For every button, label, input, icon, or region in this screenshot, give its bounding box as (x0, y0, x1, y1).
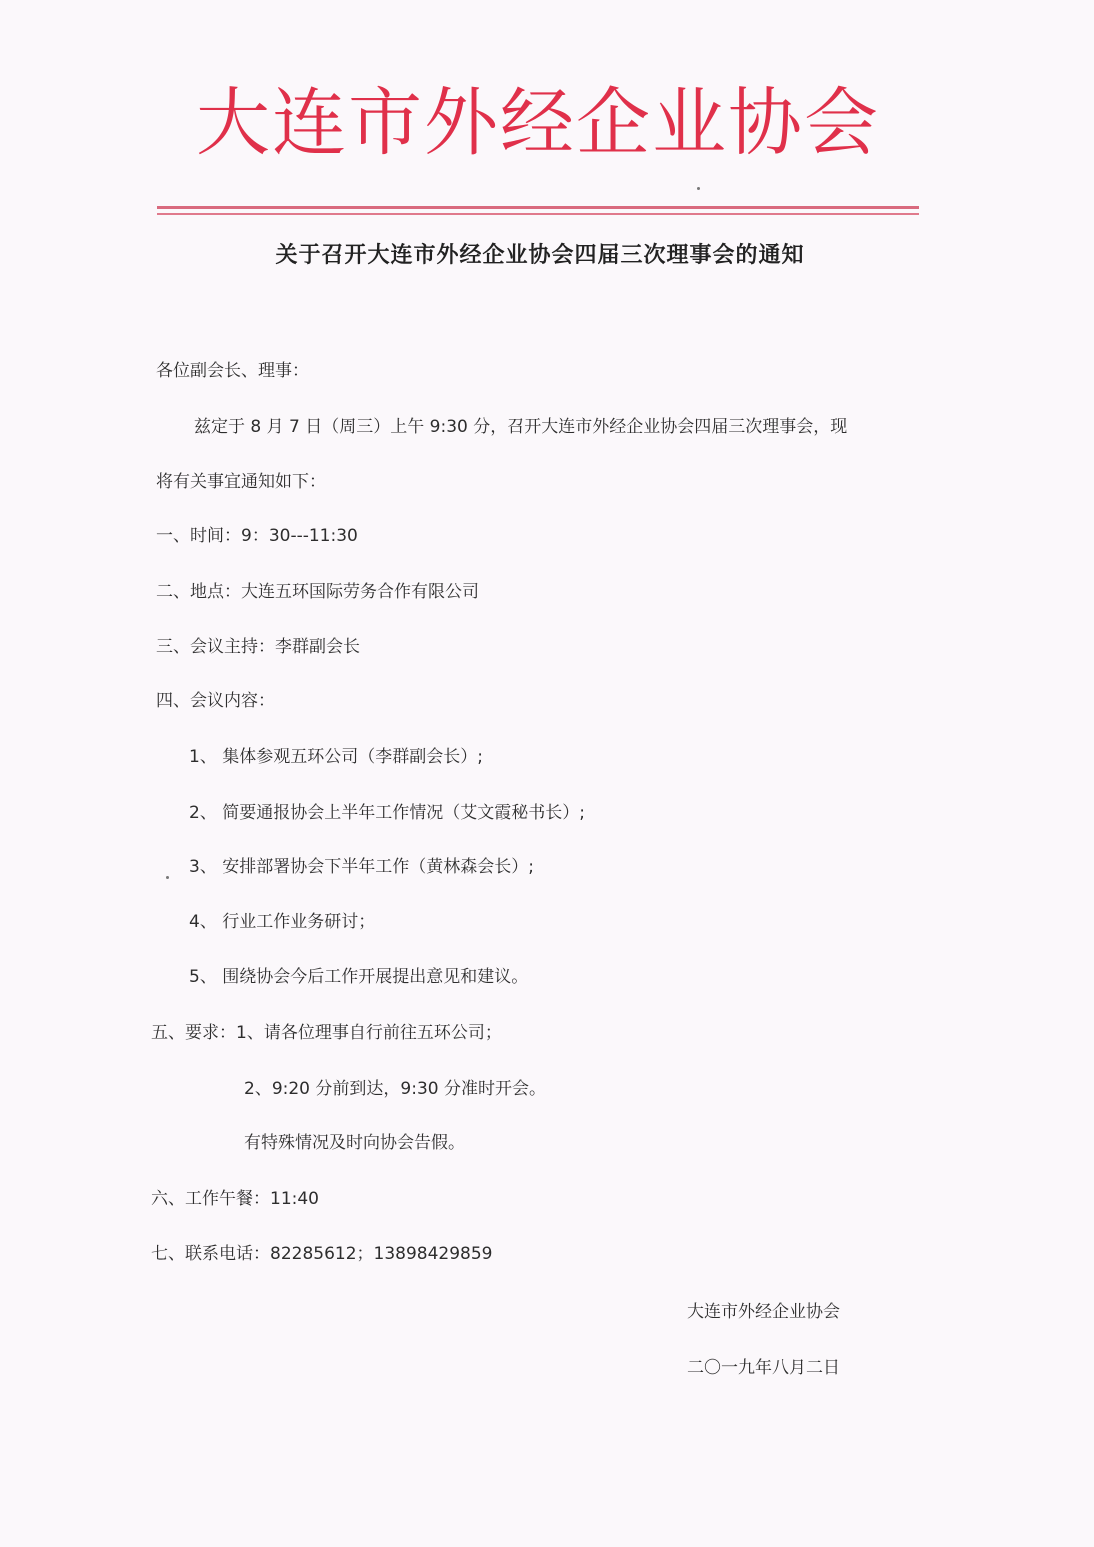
scan-speck (697, 187, 700, 190)
agenda-item: 5、 围绕协会今后工作开展提出意见和建议。 (189, 962, 528, 987)
scan-speck (166, 876, 169, 879)
item-requirements-2: 2、9:20 分前到达，9:30 分准时开会。 (244, 1074, 546, 1099)
signature-date: 二〇一九年八月二日 (687, 1353, 840, 1378)
agenda-item: 4、 行业工作业务研讨； (189, 907, 375, 932)
item-host: 三、会议主持：李群副会长 (156, 632, 360, 657)
letterhead-rule-thick (157, 206, 919, 209)
intro-line-2: 将有关事宜通知如下： (156, 467, 326, 492)
item-contact: 七、联系电话：82285612；13898429859 (151, 1239, 493, 1264)
item-time: 一、时间：9：30---11:30 (156, 521, 358, 546)
agenda-item: 3、 安排部署协会下半年工作（黄林森会长）; (189, 852, 534, 877)
notice-title: 关于召开大连市外经企业协会四届三次理事会的通知 (140, 238, 940, 269)
item-agenda-heading: 四、会议内容： (156, 686, 275, 711)
salutation: 各位副会长、理事： (156, 356, 309, 381)
signature-organization: 大连市外经企业协会 (687, 1297, 840, 1322)
intro-line-1: 兹定于 8 月 7 日（周三）上午 9:30 分，召开大连市外经企业协会四届三次… (194, 412, 847, 437)
item-requirements-1: 五、要求：1、请各位理事自行前往五环公司； (151, 1018, 502, 1043)
item-requirements-3: 有特殊情况及时向协会告假。 (244, 1128, 465, 1153)
agenda-item: 1、 集体参观五环公司（李群副会长）; (189, 742, 483, 767)
agenda-item: 2、 简要通报协会上半年工作情况（艾文霞秘书长）; (189, 798, 585, 823)
notice-document: 大连市外经企业协会 关于召开大连市外经企业协会四届三次理事会的通知 各位副会长、… (0, 0, 1094, 1547)
item-place: 二、地点：大连五环国际劳务合作有限公司 (156, 577, 479, 602)
item-lunch: 六、工作午餐：11:40 (151, 1184, 319, 1209)
letterhead-rule-thin (157, 213, 919, 215)
letterhead-title: 大连市外经企业协会 (157, 78, 919, 168)
